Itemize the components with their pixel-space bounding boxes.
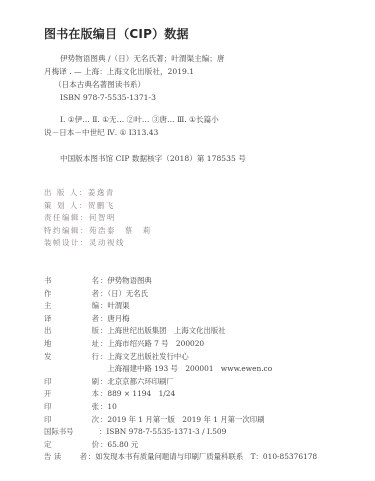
spec-row-printer: 印刷：北京京都六环印刷厂 [44, 376, 317, 389]
spec-value: ：北京京都六环印刷厂 [99, 376, 174, 389]
staff-row: 出 版 人：姜逸青 [44, 187, 152, 200]
spec-label: 定 [44, 439, 66, 452]
spec-label: 行 [78, 351, 99, 364]
cip-record: 伊势物语图典 /（日）无名氏著；叶渭渠主编；唐 月梅译 . — 上海：上海文化出… [44, 52, 344, 104]
spec-row-translator: 译者：唐月梅 [44, 313, 317, 326]
spec-label: 地 [44, 338, 66, 351]
staff-credits: 出 版 人：姜逸青 策 划 人：贺鹏飞 责任编辑：何智明 特约编辑：苑浩泰 蔡 … [44, 187, 152, 250]
copyright-page: 图书在版编目（CIP）数据 伊势物语图典 /（日）无名氏著；叶渭渠主编；唐 月梅… [0, 0, 375, 481]
spec-label: 价 [78, 439, 99, 452]
spec-value: ：如发现本书有质量问题请与印刷厂质量科联系 T：010-85376178 [87, 451, 317, 464]
staff-label: 特约编辑： [44, 226, 89, 235]
staff-row: 特约编辑：苑浩泰 蔡 莉 [44, 225, 152, 238]
staff-label: 出 版 人： [44, 188, 88, 197]
staff-row: 策 划 人：贺鹏飞 [44, 200, 152, 213]
spec-value: 上海福建中路 193 号 200001 www.ewen.co [99, 363, 272, 376]
staff-label: 责任编辑： [44, 213, 89, 222]
spec-value: ：（日）无名氏 [99, 288, 148, 301]
spec-value: ：上海文艺出版社发行中心 [99, 351, 189, 364]
spec-row-title: 书名：伊势物语图典 [44, 275, 317, 288]
cip-heading: 图书在版编目（CIP）数据 [44, 25, 189, 42]
spec-label: 告 读 [44, 451, 78, 464]
staff-row: 责任编辑：何智明 [44, 212, 152, 225]
spec-label: 本 [78, 388, 99, 401]
spec-row-isbn: 国际书号：ISBN 978-7-5535-1371-3 / I.509 [44, 426, 317, 439]
spec-row-publisher: 出版：上海世纪出版集团 上海文化出版社 [44, 325, 317, 338]
cip-record-line: 伊势物语图典 /（日）无名氏著；叶渭渠主编；唐 [44, 52, 344, 65]
spec-row-price: 定价：65.80 元 [44, 439, 317, 452]
spec-label: 次 [78, 414, 99, 427]
spec-label: 书 [44, 275, 66, 288]
staff-value: 灵动视线 [89, 238, 125, 247]
spec-value: ：10 [99, 401, 117, 414]
staff-value: 贺鹏飞 [88, 201, 115, 210]
spec-label: 译 [44, 313, 66, 326]
cip-record-line: 月梅译 . — 上海：上海文化出版社，2019.1 [44, 65, 344, 78]
spec-label: 主 [44, 300, 66, 313]
staff-value: 何智明 [89, 213, 116, 222]
cip-series-line: （日本古典名著图读书系） [44, 78, 344, 91]
spec-label: 发 [44, 351, 66, 364]
spec-value: ：ISBN 978-7-5535-1371-3 / I.509 [87, 426, 226, 439]
spec-row-notice: 告 读者：如发现本书有质量问题请与印刷厂质量科联系 T：010-85376178 [44, 451, 317, 464]
spec-label: 张 [78, 401, 99, 414]
cip-verification-number: 中国版本图书馆 CIP 数据核字（2018）第 178535 号 [60, 153, 246, 164]
spec-label: 者 [78, 313, 99, 326]
spec-value: ：唐月梅 [99, 313, 130, 326]
spec-value: ：2019 年 1 月第一版 2019 年 1 月第一次印刷 [99, 414, 265, 427]
spec-row-sheets: 印张：10 [44, 401, 317, 414]
spec-label: 出 [44, 325, 66, 338]
spec-label: 作 [44, 288, 66, 301]
spec-value: ：上海市绍兴路 7 号 200020 [99, 338, 204, 351]
spec-row-author: 作者：（日）无名氏 [44, 288, 317, 301]
spec-label: 者 [78, 451, 87, 464]
publication-specs: 书名：伊势物语图典 作者：（日）无名氏 主编：叶渭渠 译者：唐月梅 出版：上海世… [44, 275, 317, 464]
spec-label: 开 [44, 388, 66, 401]
spec-value: ：伊势物语图典 [99, 275, 152, 288]
spec-label: 编 [78, 300, 99, 313]
spec-value: ：65.80 元 [99, 439, 138, 452]
cip-classification: Ⅰ. ①伊… Ⅱ. ①无… ②叶… ③唐… Ⅲ. ①长篇小 说－日本－中世纪 Ⅳ… [44, 113, 344, 139]
staff-value: 姜逸青 [88, 188, 115, 197]
staff-label: 装帧设计： [44, 238, 89, 247]
spec-label: 印 [44, 376, 66, 389]
staff-row: 装帧设计：灵动视线 [44, 237, 152, 250]
cip-class-line: 说－日本－中世纪 Ⅳ. ① I313.43 [44, 126, 344, 139]
cip-class-line: Ⅰ. ①伊… Ⅱ. ①无… ②叶… ③唐… Ⅲ. ①长篇小 [44, 113, 344, 126]
spec-row-format: 开本：889 × 1194 1/24 [44, 388, 317, 401]
spec-row-editor: 主编：叶渭渠 [44, 300, 317, 313]
spec-row-distribution: 发行：上海文艺出版社发行中心 [44, 351, 317, 364]
spec-value: ：叶渭渠 [99, 300, 130, 313]
spec-label: 国际书号 [44, 426, 87, 439]
staff-value: 苑浩泰 蔡 莉 [89, 226, 152, 235]
spec-label: 刷 [78, 376, 99, 389]
spec-label: 版 [78, 325, 99, 338]
cip-isbn-line: ISBN 978-7-5535-1371-3 [44, 91, 344, 104]
spec-label: 印 [44, 401, 66, 414]
spec-row-edition: 印次：2019 年 1 月第一版 2019 年 1 月第一次印刷 [44, 414, 317, 427]
spec-label: 名 [78, 275, 99, 288]
spec-label: 址 [78, 338, 99, 351]
spec-label: 者 [78, 288, 99, 301]
spec-row-address: 地址：上海市绍兴路 7 号 200020 [44, 338, 317, 351]
spec-value: ：上海世纪出版集团 上海文化出版社 [99, 325, 226, 338]
spec-label: 印 [44, 414, 66, 427]
spec-row-distribution-address: 上海福建中路 193 号 200001 www.ewen.co [44, 363, 317, 376]
spec-value: ：889 × 1194 1/24 [99, 388, 175, 401]
staff-label: 策 划 人： [44, 201, 88, 210]
